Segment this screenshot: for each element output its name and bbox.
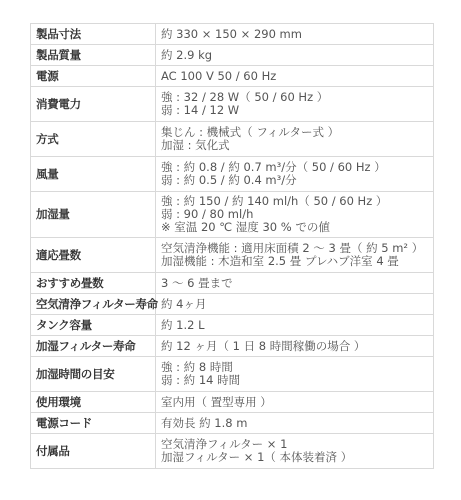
spec-label: 製品質量 (31, 45, 156, 66)
spec-value-line: AC 100 V 50 / 60 Hz (161, 70, 428, 83)
spec-label: 付属品 (31, 434, 156, 469)
spec-label: 加湿量 (31, 192, 156, 238)
spec-value-line: 約 4ヶ月 (161, 298, 428, 311)
spec-value: 約 12 ヶ月（ 1 日 8 時間稼働の場合 ） (156, 336, 434, 357)
spec-row-humidification-time: 加湿時間の目安 強 : 約 8 時間 弱 : 約 14 時間 (31, 357, 434, 392)
spec-label: タンク容量 (31, 315, 156, 336)
spec-value-line: 3 ～ 6 畳まで (161, 277, 428, 290)
spec-value-line: 約 1.2 L (161, 319, 428, 332)
spec-value: 3 ～ 6 畳まで (156, 273, 434, 294)
spec-row-dimensions: 製品寸法 約 330 × 150 × 290 mm (31, 24, 434, 45)
spec-value: 室内用（ 置型専用 ） (156, 392, 434, 413)
spec-value-line: 加湿機能 : 木造和室 2.5 畳 プレハブ洋室 4 畳 (161, 255, 428, 268)
spec-label: 電源コード (31, 413, 156, 434)
spec-row-recommended-room-size: おすすめ畳数 3 ～ 6 畳まで (31, 273, 434, 294)
spec-row-weight: 製品質量 約 2.9 kg (31, 45, 434, 66)
spec-value-line: 室内用（ 置型専用 ） (161, 396, 428, 409)
spec-value-line: 加湿 : 気化式 (161, 139, 428, 152)
spec-label: おすすめ畳数 (31, 273, 156, 294)
spec-label: 電源 (31, 66, 156, 87)
spec-label: 製品寸法 (31, 24, 156, 45)
spec-label: 消費電力 (31, 87, 156, 122)
spec-row-power-source: 電源 AC 100 V 50 / 60 Hz (31, 66, 434, 87)
spec-value: 強 : 約 150 / 約 140 ml/h（ 50 / 60 Hz ） 弱 :… (156, 192, 434, 238)
spec-row-humidification-amount: 加湿量 強 : 約 150 / 約 140 ml/h（ 50 / 60 Hz ）… (31, 192, 434, 238)
spec-row-tank-capacity: タンク容量 約 1.2 L (31, 315, 434, 336)
spec-value-line: 約 330 × 150 × 290 mm (161, 28, 428, 41)
spec-value: 約 330 × 150 × 290 mm (156, 24, 434, 45)
spec-value-line: 約 2.9 kg (161, 49, 428, 62)
spec-value-line: 弱 : 約 14 時間 (161, 374, 428, 387)
spec-label: 適応畳数 (31, 238, 156, 273)
spec-value-line: 有効長 約 1.8 m (161, 417, 428, 430)
spec-row-humidifier-filter-life: 加湿フィルター寿命 約 12 ヶ月（ 1 日 8 時間稼働の場合 ） (31, 336, 434, 357)
spec-label: 使用環境 (31, 392, 156, 413)
spec-value: 空気清浄機能 : 適用床面積 2 ～ 3 畳（ 約 5 m² ） 加湿機能 : … (156, 238, 434, 273)
spec-value: 強 : 32 / 28 W（ 50 / 60 Hz ） 弱 : 14 / 12 … (156, 87, 434, 122)
spec-row-power-consumption: 消費電力 強 : 32 / 28 W（ 50 / 60 Hz ） 弱 : 14 … (31, 87, 434, 122)
spec-label: 加湿時間の目安 (31, 357, 156, 392)
spec-value-line: 加湿フィルター × 1（ 本体装着済 ） (161, 451, 428, 464)
spec-row-accessories: 付属品 空気清浄フィルター × 1 加湿フィルター × 1（ 本体装着済 ） (31, 434, 434, 469)
spec-row-method: 方式 集じん : 機械式（ フィルター式 ） 加湿 : 気化式 (31, 122, 434, 157)
spec-row-power-cord: 電源コード 有効長 約 1.8 m (31, 413, 434, 434)
spec-value: 約 2.9 kg (156, 45, 434, 66)
spec-row-environment: 使用環境 室内用（ 置型専用 ） (31, 392, 434, 413)
spec-row-air-filter-life: 空気清浄フィルター寿命 約 4ヶ月 (31, 294, 434, 315)
spec-value: 強 : 約 0.8 / 約 0.7 m³/分（ 50 / 60 Hz ） 弱 :… (156, 157, 434, 192)
spec-value: 約 4ヶ月 (156, 294, 434, 315)
spec-value-line: 弱 : 14 / 12 W (161, 104, 428, 117)
spec-value: 集じん : 機械式（ フィルター式 ） 加湿 : 気化式 (156, 122, 434, 157)
spec-table: 製品寸法 約 330 × 150 × 290 mm 製品質量 約 2.9 kg … (30, 23, 434, 469)
spec-label: 風量 (31, 157, 156, 192)
spec-row-room-size: 適応畳数 空気清浄機能 : 適用床面積 2 ～ 3 畳（ 約 5 m² ） 加湿… (31, 238, 434, 273)
spec-row-airflow: 風量 強 : 約 0.8 / 約 0.7 m³/分（ 50 / 60 Hz ） … (31, 157, 434, 192)
spec-value: 約 1.2 L (156, 315, 434, 336)
spec-value: AC 100 V 50 / 60 Hz (156, 66, 434, 87)
spec-value-line: ※ 室温 20 ℃ 湿度 30 % での値 (161, 221, 428, 234)
spec-value-line: 弱 : 約 0.5 / 約 0.4 m³/分 (161, 174, 428, 187)
spec-value-line: 約 12 ヶ月（ 1 日 8 時間稼働の場合 ） (161, 340, 428, 353)
spec-value: 強 : 約 8 時間 弱 : 約 14 時間 (156, 357, 434, 392)
spec-value: 空気清浄フィルター × 1 加湿フィルター × 1（ 本体装着済 ） (156, 434, 434, 469)
spec-value: 有効長 約 1.8 m (156, 413, 434, 434)
spec-label: 空気清浄フィルター寿命 (31, 294, 156, 315)
spec-label: 加湿フィルター寿命 (31, 336, 156, 357)
spec-label: 方式 (31, 122, 156, 157)
